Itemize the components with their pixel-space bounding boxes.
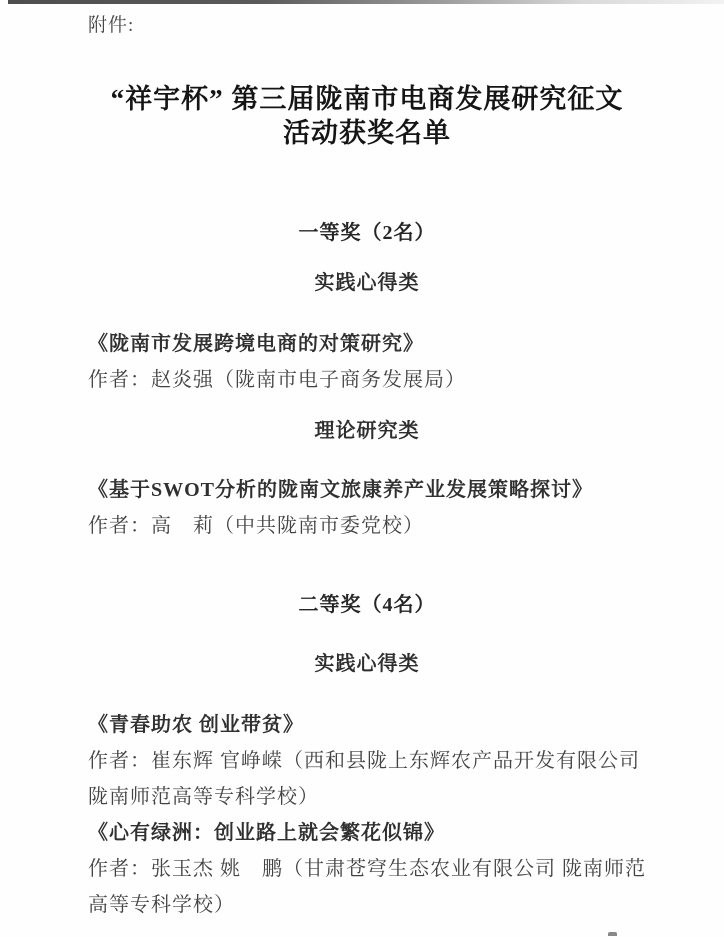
attachment-label: 附件: bbox=[88, 14, 646, 38]
award-level-heading: 二等奖（4名） bbox=[88, 592, 646, 618]
entry-author: 作者：张玉杰 姚 鹏（甘肃苍穹生态农业有限公司 陇南师范高等专科学校） bbox=[88, 851, 646, 923]
category-group-theory: 理论研究类 《基于SWOT分析的陇南文旅康养产业发展策略探讨》 作者：高 莉（中… bbox=[88, 418, 646, 544]
entry-title: 《基于SWOT分析的陇南文旅康养产业发展策略探讨》 bbox=[88, 472, 646, 508]
scan-artifact-top-edge bbox=[8, 0, 724, 4]
award-entry: 《基于SWOT分析的陇南文旅康养产业发展策略探讨》 作者：高 莉（中共陇南市委党… bbox=[88, 472, 646, 544]
entry-title: 《心有绿洲：创业路上就会繁花似锦》 bbox=[88, 815, 646, 851]
award-entry: 《青春助农 创业带贫》 作者：崔东辉 官峥嵘（西和县陇上东辉农产品开发有限公司 … bbox=[88, 707, 646, 815]
category-heading: 实践心得类 bbox=[88, 651, 646, 677]
entry-author: 作者：高 莉（中共陇南市委党校） bbox=[88, 508, 646, 544]
entry-title: 《青春助农 创业带贫》 bbox=[88, 707, 646, 743]
award-entry: 《心有绿洲：创业路上就会繁花似锦》 作者：张玉杰 姚 鹏（甘肃苍穹生态农业有限公… bbox=[88, 815, 646, 923]
award-section-first-prize: 一等奖（2名） 实践心得类 《陇南市发展跨境电商的对策研究》 作者：赵炎强（陇南… bbox=[88, 220, 646, 544]
award-entry: 《陇南市发展跨境电商的对策研究》 作者：赵炎强（陇南市电子商务发展局） bbox=[88, 326, 646, 398]
category-heading: 实践心得类 bbox=[88, 270, 646, 296]
award-section-second-prize: 二等奖（4名） 实践心得类 《青春助农 创业带贫》 作者：崔东辉 官峥嵘（西和县… bbox=[88, 592, 646, 923]
category-group-practice: 实践心得类 《青春助农 创业带贫》 作者：崔东辉 官峥嵘（西和县陇上东辉农产品开… bbox=[88, 651, 646, 923]
document-title: “祥宇杯” 第三届陇南市电商发展研究征文 活动获奖名单 bbox=[88, 82, 646, 150]
category-heading: 理论研究类 bbox=[88, 418, 646, 444]
award-level-heading: 一等奖（2名） bbox=[88, 220, 646, 246]
scan-artifact-page-number-fragment bbox=[608, 932, 617, 936]
entry-title: 《陇南市发展跨境电商的对策研究》 bbox=[88, 326, 646, 362]
document-content: 附件: “祥宇杯” 第三届陇南市电商发展研究征文 活动获奖名单 一等奖（2名） … bbox=[0, 0, 724, 923]
document-page: 附件: “祥宇杯” 第三届陇南市电商发展研究征文 活动获奖名单 一等奖（2名） … bbox=[0, 0, 724, 937]
entry-author: 作者：崔东辉 官峥嵘（西和县陇上东辉农产品开发有限公司 陇南师范高等专科学校） bbox=[88, 743, 646, 815]
document-title-line-2: 活动获奖名单 bbox=[88, 116, 646, 150]
document-title-line-1: “祥宇杯” 第三届陇南市电商发展研究征文 bbox=[88, 82, 646, 116]
category-group-practice: 实践心得类 《陇南市发展跨境电商的对策研究》 作者：赵炎强（陇南市电子商务发展局… bbox=[88, 270, 646, 398]
entry-author: 作者：赵炎强（陇南市电子商务发展局） bbox=[88, 362, 646, 398]
